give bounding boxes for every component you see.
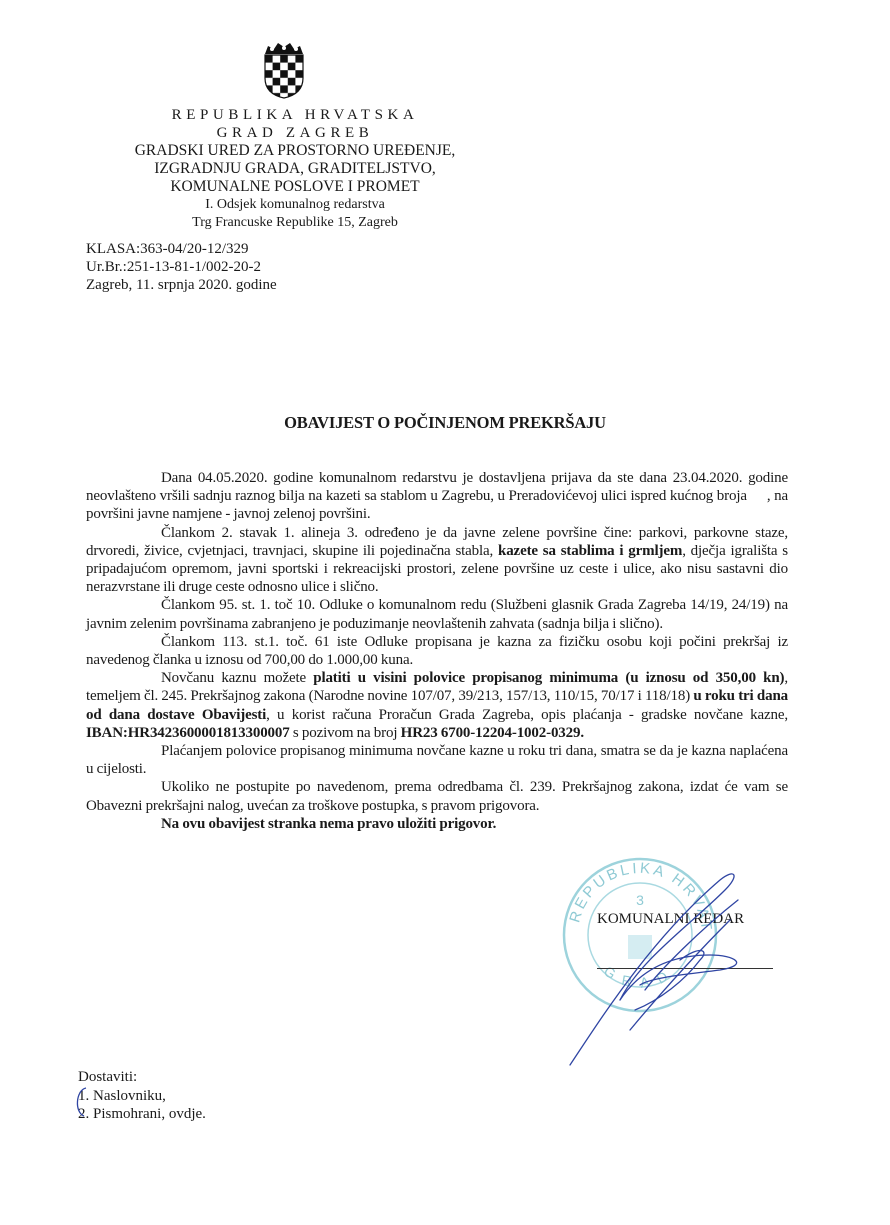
paragraph-payment: Novčanu kaznu možete platiti u visini po…	[86, 669, 788, 742]
paragraph-no-appeal: Na ovu obavijest stranka nema pravo ulož…	[86, 815, 788, 833]
handwritten-signature-icon	[560, 860, 790, 1070]
reference-block: KLASA:363-04/20-12/329 Ur.Br.:251-13-81-…	[86, 240, 277, 294]
office-line-3: KOMUNALNE POSLOVE I PROMET	[120, 178, 470, 196]
urbroj-number: Ur.Br.:251-13-81-1/002-20-2	[86, 258, 277, 276]
document-title: OBAVIJEST O POČINJENOM PREKRŠAJU	[0, 413, 890, 433]
distribution-item: 1. Naslovniku,	[78, 1087, 206, 1106]
pen-circle-mark-icon	[72, 1084, 90, 1120]
office-line-1: GRADSKI URED ZA PROSTORNO UREĐENJE,	[120, 142, 470, 160]
paragraph-half-payment: Plaćanjem polovice propisanog minimuma n…	[86, 742, 788, 778]
distribution-list: Dostaviti: 1. Naslovniku, 2. Pismohrani,…	[78, 1068, 206, 1124]
distribution-heading: Dostaviti:	[78, 1068, 206, 1087]
paragraph-article-95: Člankom 95. st. 1. toč 10. Odluke o komu…	[86, 596, 788, 632]
paragraph-article-113: Člankom 113. st.1. toč. 61 iste Odluke p…	[86, 633, 788, 669]
klasa-number: KLASA:363-04/20-12/329	[86, 240, 277, 258]
office-line-2: IZGRADNJU GRADA, GRADITELJSTVO,	[120, 160, 470, 178]
office-address: Trg Francuske Republike 15, Zagreb	[120, 214, 470, 232]
letterhead: REPUBLIKA HRVATSKA GRAD ZAGREB GRADSKI U…	[120, 106, 470, 231]
place-date: Zagreb, 11. srpnja 2020. godine	[86, 276, 277, 294]
document-body: Dana 04.05.2020. godine komunalnom redar…	[86, 469, 788, 833]
croatian-coat-of-arms-icon	[262, 40, 306, 100]
city-name: GRAD ZAGREB	[120, 124, 470, 142]
country-name: REPUBLIKA HRVATSKA	[120, 106, 470, 124]
iban: IBAN:HR3423600001813300007	[86, 725, 290, 741]
paragraph-article-2: Člankom 2. stavak 1. alineja 3. određeno…	[86, 524, 788, 597]
distribution-item: 2. Pismohrani, ovdje.	[78, 1105, 206, 1124]
department-name: I. Odsjek komunalnog redarstva	[120, 196, 470, 214]
document-page: REPUBLIKA HRVATSKA GRAD ZAGREB GRADSKI U…	[0, 0, 890, 1225]
paragraph-report: Dana 04.05.2020. godine komunalnom redar…	[86, 469, 788, 524]
paragraph-consequence: Ukoliko ne postupite po navedenom, prema…	[86, 778, 788, 814]
payment-reference: HR23 6700-12204-1002-0329.	[401, 725, 584, 741]
